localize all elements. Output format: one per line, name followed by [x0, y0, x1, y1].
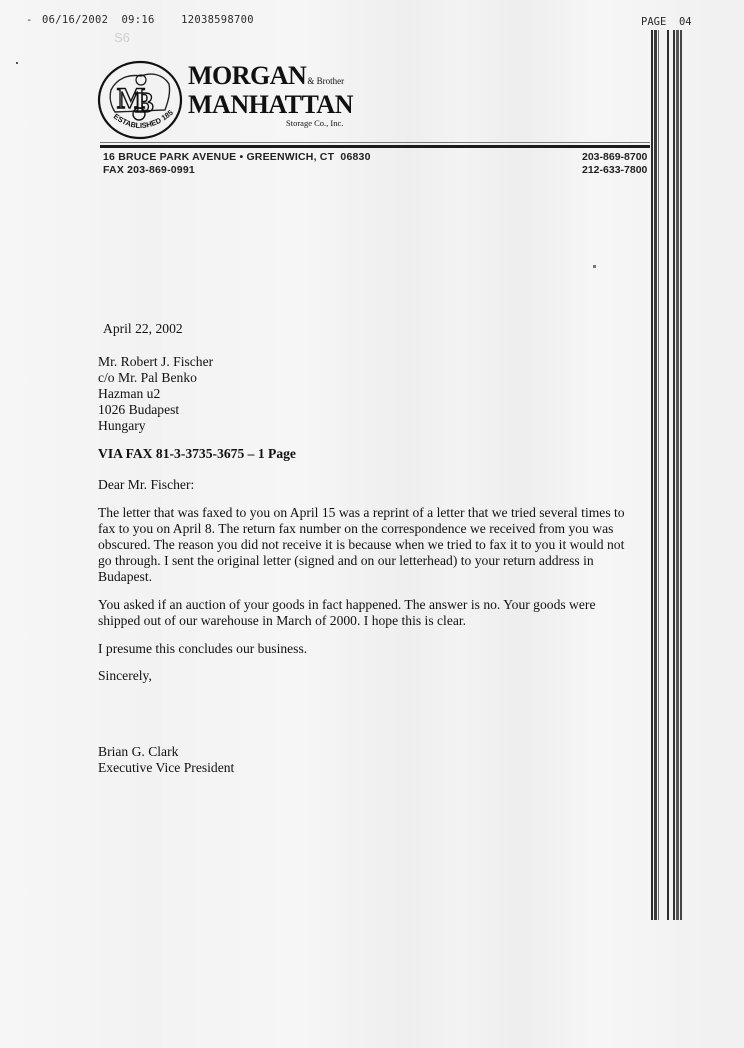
recipient-line: 1026 Budapest: [98, 402, 638, 418]
scan-streak: [654, 30, 657, 920]
company-name-line3: Storage Co., Inc.: [286, 118, 353, 128]
fax-header: 06/16/2002 09:16 12038598700: [42, 14, 254, 26]
closing: Sincerely,: [98, 668, 638, 684]
recipient-line: Hazman u2: [98, 386, 638, 402]
scan-streak: [651, 30, 653, 920]
letterhead-address: 16 BRUCE PARK AVENUE • GREENWICH, CT 068…: [103, 151, 371, 177]
phone-2: 212-633-7800: [582, 164, 648, 177]
body-paragraph: I presume this concludes our business.: [98, 641, 638, 657]
scan-streak: [676, 30, 679, 920]
scan-streak: [667, 30, 669, 920]
speck: [16, 62, 18, 64]
scan-streak: [658, 30, 659, 920]
phone-1: 203-869-8700: [582, 151, 648, 164]
street-address: 16 BRUCE PARK AVENUE • GREENWICH, CT 068…: [103, 151, 371, 164]
scan-streak: [680, 30, 682, 920]
recipient-line: c/o Mr. Pal Benko: [98, 370, 638, 386]
company-name-line1: MORGAN: [188, 61, 306, 90]
fax-number: 12038598700: [181, 14, 254, 26]
fax-page-indicator: PAGE 04: [641, 16, 692, 28]
fax-line: FAX 203-869-0991: [103, 164, 371, 177]
recipient-line: Mr. Robert J. Fischer: [98, 354, 638, 370]
faint-handwritten-mark: S6: [114, 30, 130, 45]
speck: [593, 265, 596, 268]
letterhead-rule: [100, 145, 650, 148]
company-name-line2: MANHATTAN: [188, 93, 353, 117]
fax-date: 06/16/2002: [42, 14, 108, 26]
signer-name: Brian G. Clark: [98, 744, 638, 760]
letterhead-phones: 203-869-8700 212-633-7800: [582, 151, 648, 177]
company-name-suffix: & Brother: [307, 76, 344, 86]
salutation: Dear Mr. Fischer:: [98, 477, 638, 493]
company-name: MORGAN& Brother MANHATTAN Storage Co., I…: [188, 64, 353, 128]
fax-header-mark: -: [26, 14, 32, 26]
recipient-line: Hungary: [98, 418, 638, 434]
recipient-address: Mr. Robert J. Fischer c/o Mr. Pal Benko …: [98, 354, 638, 434]
signer-title: Executive Vice President: [98, 760, 638, 776]
body-paragraph: You asked if an auction of your goods in…: [98, 597, 638, 629]
letter-date: April 22, 2002: [103, 321, 638, 337]
fax-time: 09:16: [121, 14, 154, 26]
body-paragraph: The letter that was faxed to you on Apri…: [98, 505, 638, 585]
letter-body: April 22, 2002 Mr. Robert J. Fischer c/o…: [98, 321, 638, 776]
company-seal-logo: M B ESTABLISHED 1851: [97, 60, 183, 140]
via-fax-line: VIA FAX 81-3-3735-3675 – 1 Page: [98, 446, 638, 462]
fax-page-number: 04: [679, 16, 692, 28]
letterhead-rule-thin: [100, 142, 650, 143]
fax-page-label: PAGE: [641, 16, 666, 28]
scan-streak: [673, 30, 675, 920]
